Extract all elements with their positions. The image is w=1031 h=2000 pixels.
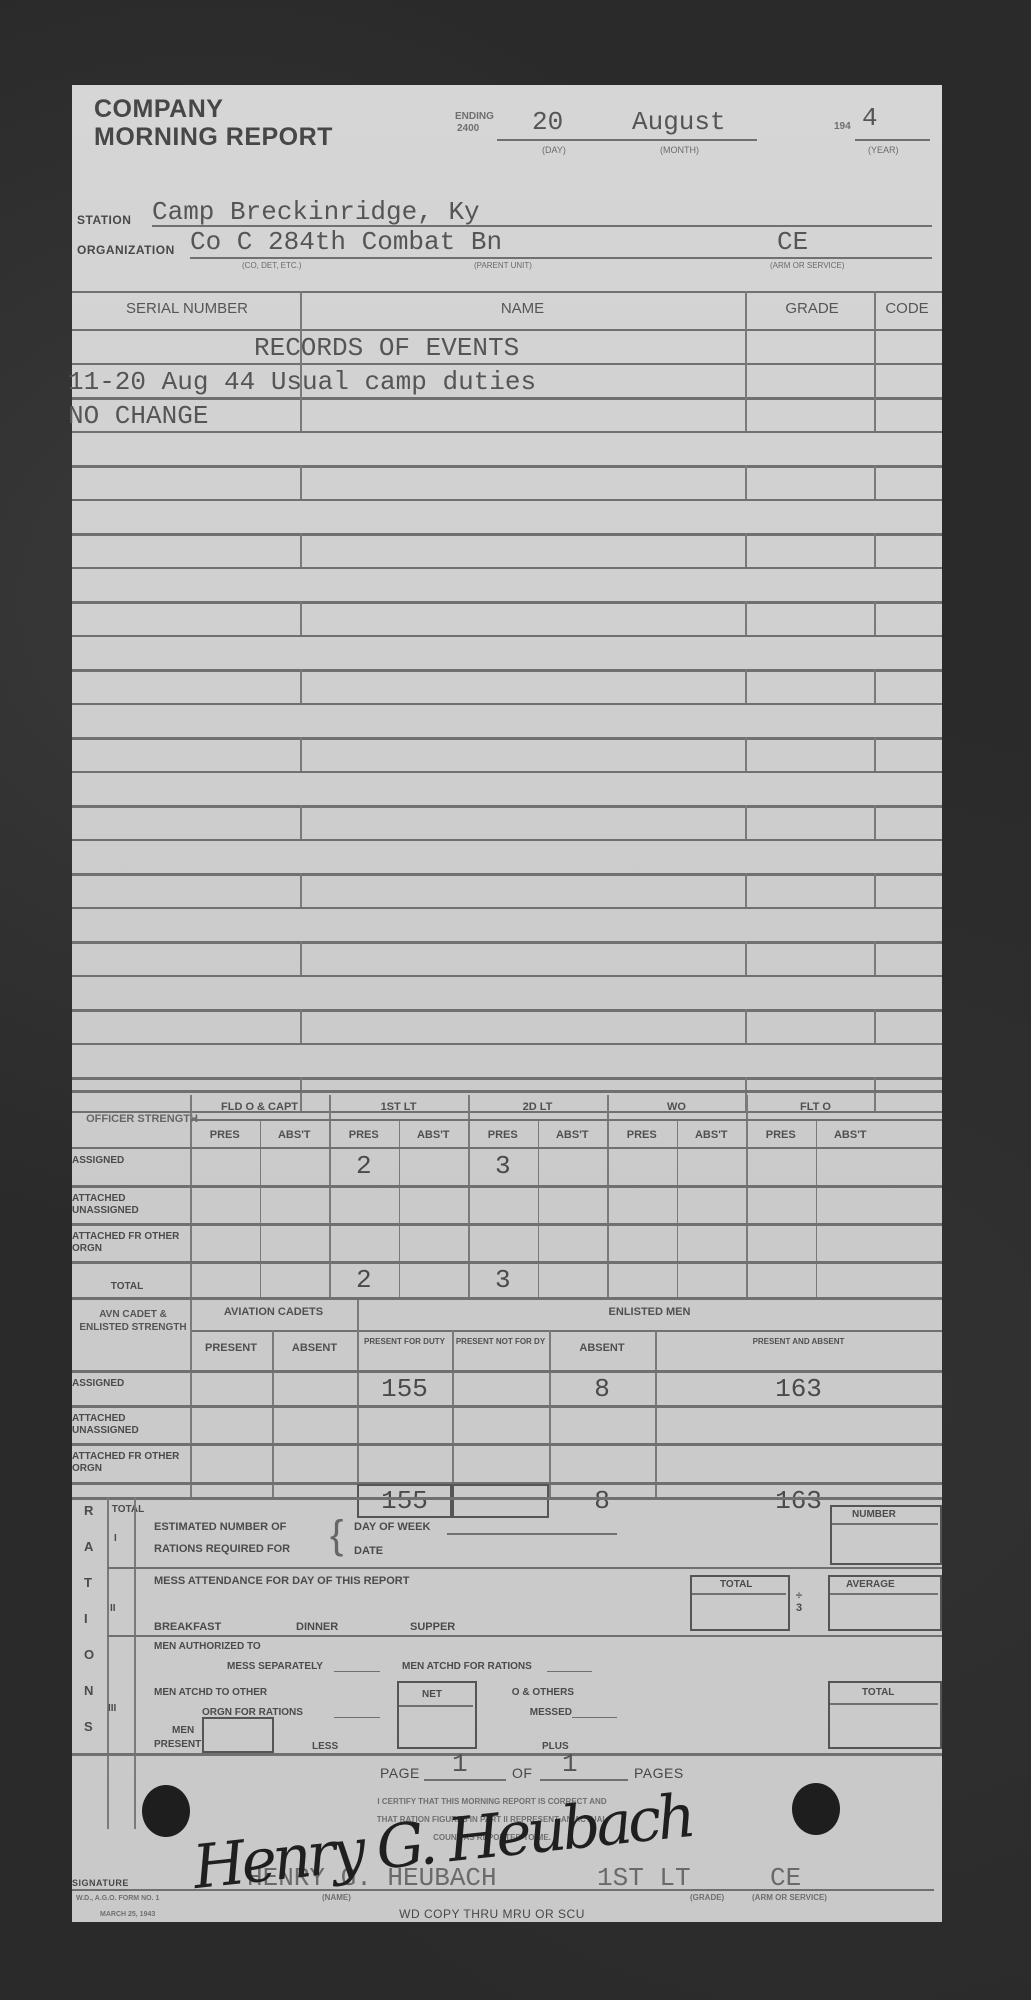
officer-sub-divider [399,1119,401,1297]
roster-column-divider [300,363,302,397]
station-value: Camp Breckinridge, Ky [152,197,480,227]
officer-row-rule [72,1185,942,1188]
officer-row-rule [72,1147,942,1149]
enlisted-count: 8 [549,1486,655,1516]
officer-sub-divider [677,1119,679,1297]
enlisted-header-rule [190,1330,942,1332]
arm-caption: (ARM OR SERVICE) [752,1893,827,1902]
date-underline [497,139,757,141]
enlisted-row-rule [72,1443,942,1446]
officer-bottom-rule [72,1297,942,1300]
officer-subheader: ABS'T [538,1129,608,1142]
form-date: MARCH 25, 1943 [100,1911,155,1918]
roster-column-divider [745,669,747,703]
officer-strength-label: OFFICER STRENGTH [82,1113,202,1126]
organization-value: Co C 284th Combat Bn [190,227,502,257]
enlisted-subheader: PRESENT FOR DUTY [357,1336,452,1347]
number-box-label: NUMBER [852,1509,896,1521]
roster-column-divider [300,873,302,907]
roster-row-rule [72,1009,942,1012]
roster-row-rule [72,533,942,536]
men-present-line1: MEN [172,1725,194,1737]
total-box-2-divider [830,1703,938,1705]
officer-subheader: ABS'T [816,1129,886,1142]
day-of-week-label: DAY OF WEEK [354,1521,430,1533]
roster-column-divider [745,737,747,771]
officer-row-rule [72,1223,942,1226]
rations-letter: A [84,1541,93,1553]
officer-header-rule [190,1119,942,1121]
men-atchd-for-rations-label: MEN ATCHD FOR RATIONS [402,1661,532,1673]
roster-column-divider [874,397,876,431]
rations-letter: T [84,1577,92,1589]
station-label: STATION [77,213,131,227]
officer-group-divider [746,1095,748,1297]
name-caption: (NAME) [322,1893,351,1902]
page-number-line [424,1779,506,1781]
officer-count: 3 [468,1265,538,1295]
enlisted-row-label: ATTACHED FR OTHER ORGN [72,1451,184,1475]
men-present-box[interactable] [202,1717,274,1753]
rations-bottom-rule [72,1753,942,1756]
roster-header-divider [300,291,302,329]
atchd-other-line [334,1717,380,1718]
section-i-numeral: I [114,1533,117,1545]
men-atchd-other-line1: MEN ATCHD TO OTHER [154,1687,267,1699]
year-prefix: 194 [834,121,851,132]
arm-of-service-value: CE [777,227,808,257]
rations-roman-divider [134,1497,136,1829]
morning-report-form: COMPANY MORNING REPORT ENDING 2400 20 Au… [72,85,942,1922]
officer-subheader: PRES [190,1129,260,1142]
supper-label: SUPPER [410,1621,455,1633]
ending-time: 2400 [457,123,479,134]
roster-column-divider [745,941,747,975]
roster-row-rule [72,601,942,604]
no-change-entry: NO CHANGE [68,401,208,431]
officer-group-header: FLT O [746,1101,885,1114]
roster-column-divider [874,737,876,771]
enlisted-sub-divider [655,1330,657,1497]
officer-sub-divider [260,1119,262,1297]
page-number: 1 [452,1749,468,1779]
number-box-divider [832,1523,938,1525]
roster-column-divider [300,329,302,363]
enlisted-subheader: PRESENT AND ABSENT [655,1336,942,1347]
o-others-line [572,1717,617,1718]
copy-note: WD COPY THRU MRU OR SCU [292,1907,692,1921]
rations-letter-divider [107,1497,109,1829]
header-name: NAME [300,300,745,317]
roster-column-divider [745,873,747,907]
total-present-not-for-duty-box [452,1484,549,1518]
roster-header-divider [874,291,876,329]
roster-row-rule [72,1043,942,1045]
roster-column-divider [745,533,747,567]
header-serial-number: SERIAL NUMBER [92,300,282,317]
officer-subheader: PRES [607,1129,677,1142]
signature-line [72,1889,934,1891]
rations-rule-2 [107,1635,942,1637]
roster-row-rule [72,499,942,501]
rations-letter: S [84,1721,93,1733]
roster-column-divider [874,329,876,363]
officer-subheader: ABS'T [260,1129,330,1142]
officer-subheader: ABS'T [677,1129,747,1142]
enlisted-men-header: ENLISTED MEN [357,1306,942,1319]
total-present-for-duty-box [357,1484,452,1518]
officer-subheader: ABS'T [399,1129,469,1142]
organization-underline [190,257,932,259]
page-label: PAGE [380,1765,420,1781]
roster-row-rule [72,465,942,468]
o-others-line2: MESSED [512,1707,572,1719]
rations-letter: I [84,1613,88,1625]
roster-column-divider [874,873,876,907]
roster-column-divider [300,601,302,635]
report-month: August [632,107,726,137]
day-caption: (DAY) [542,145,566,155]
enlisted-group-divider [190,1300,192,1497]
org-caption-arm: (ARM OR SERVICE) [770,261,845,270]
total-box-2-label: TOTAL [862,1687,894,1699]
men-authorized-line2: MESS SEPARATELY [227,1661,323,1673]
day-of-week-line [447,1533,617,1535]
roster-column-divider [874,1009,876,1043]
roster-column-divider [745,465,747,499]
enlisted-count: 8 [549,1374,655,1404]
total-pages: 1 [562,1749,578,1779]
section-iii-numeral: III [108,1703,116,1715]
enlisted-sub-divider [452,1330,454,1497]
officer-subheader: PRES [746,1129,816,1142]
roster-column-divider [300,805,302,839]
roster-column-divider [745,805,747,839]
roster-column-divider [874,941,876,975]
roster-column-divider [745,601,747,635]
o-others-line1: O & OTHERS [504,1687,574,1699]
divide-by-three: ÷ 3 [796,1590,810,1614]
officer-row-rule [72,1261,942,1264]
roster-row-rule [72,771,942,773]
enlisted-count: 163 [655,1374,942,1404]
grade-caption: (GRADE) [690,1893,724,1902]
officer-sub-divider [816,1119,818,1297]
roster-column-divider [745,363,747,397]
roster-row-rule [72,635,942,637]
less-label: LESS [312,1741,338,1753]
net-box-divider [399,1705,473,1707]
total-pages-line [540,1779,628,1781]
roster-column-divider [300,397,302,431]
roster-row-rule [72,397,942,400]
officer-row-label: ATTACHED FR OTHER ORGN [72,1231,184,1255]
men-atchd-rations-line [547,1671,592,1672]
org-caption-unit: (CO, DET, ETC.) [242,261,302,270]
total-box-divider [692,1593,786,1595]
roster-row-rule [72,805,942,808]
roster-row-rule [72,431,942,433]
org-caption-parent: (PARENT UNIT) [474,261,532,270]
signature-label: SIGNATURE [72,1878,129,1888]
ending-label: ENDING [455,111,494,122]
roster-row-rule [72,363,942,365]
officer-group-header: 1ST LT [329,1101,468,1114]
enlisted-row-label: ASSIGNED [72,1378,184,1390]
roster-column-divider [874,533,876,567]
roster-row-rule [72,669,942,672]
enlisted-sub-divider [272,1330,274,1497]
roster-row-rule [72,975,942,977]
roster-column-divider [874,465,876,499]
estimated-rations-line1: ESTIMATED NUMBER OF [154,1521,286,1533]
mess-separately-line [334,1671,380,1672]
officer-group-divider [607,1095,609,1297]
roster-top-rule [72,291,942,293]
roster-row-rule [72,1077,942,1080]
roster-column-divider [300,669,302,703]
rations-rule-1 [107,1567,942,1569]
punch-hole-right [792,1783,840,1835]
officer-row-label: TOTAL [72,1281,182,1293]
enlisted-sub-divider [549,1330,551,1497]
enlisted-row-label: ATTACHED UNASSIGNED [72,1413,184,1437]
officer-row-label: ATTACHED UNASSIGNED [72,1193,184,1217]
records-of-events-heading: RECORDS OF EVENTS [254,333,519,363]
roster-row-rule [72,873,942,876]
year-underline [855,139,930,141]
enlisted-subheader: PRESENT NOT FOR DY [452,1336,549,1347]
enlisted-strength-label: AVN CADET & ENLISTED STRENGTH [78,1308,188,1334]
officer-group-header: WO [607,1101,746,1114]
officer-group-header: FLD O & CAPT [190,1101,329,1114]
roster-row-rule [72,941,942,944]
roster-column-divider [300,941,302,975]
roster-row-rule [72,703,942,705]
enlisted-subheader: PRESENT [190,1342,272,1355]
enlisted-row-rule [72,1370,942,1373]
enlisted-row-rule [72,1405,942,1408]
officer-count: 2 [329,1151,399,1181]
enlisted-subheader: ABSENT [549,1342,655,1355]
roster-column-divider [745,329,747,363]
report-day: 20 [532,107,563,137]
date-label: DATE [354,1545,383,1557]
officer-top-rule [72,1090,942,1093]
officer-sub-divider [538,1119,540,1297]
men-present-line2: PRESENT [154,1739,201,1751]
enlisted-count: 155 [357,1374,452,1404]
of-label: OF [512,1765,532,1781]
header-grade: GRADE [752,300,872,317]
roster-header-rule [72,329,942,331]
roster-column-divider [874,363,876,397]
mess-attendance-label: MESS ATTENDANCE FOR DAY OF THIS REPORT [154,1575,409,1587]
year-caption: (YEAR) [868,145,899,155]
organization-label: ORGANIZATION [77,243,175,257]
average-box-divider [830,1593,938,1595]
report-year-digit: 4 [862,103,878,133]
roster-column-divider [874,669,876,703]
punch-hole-left [142,1785,190,1837]
brace-icon: { [330,1513,343,1558]
breakfast-label: BREAKFAST [154,1621,221,1633]
roster-row-rule [72,737,942,740]
officer-subheader: PRES [468,1129,538,1142]
header-code: CODE [874,300,940,317]
roster-row-rule [72,839,942,841]
net-box-label: NET [422,1689,442,1701]
roster-column-divider [300,533,302,567]
form-number: W.D., A.G.O. FORM NO. 1 [76,1895,159,1902]
form-title-morning-report: MORNING REPORT [94,123,333,152]
roster-header-divider [745,291,747,329]
officer-group-header: 2D LT [468,1101,607,1114]
rations-letter: N [84,1685,93,1697]
roster-column-divider [745,397,747,431]
rations-letter: O [84,1649,94,1661]
month-caption: (MONTH) [660,145,699,155]
roster-column-divider [300,465,302,499]
estimated-rations-line2: RATIONS REQUIRED FOR [154,1543,290,1555]
average-box-label: AVERAGE [846,1579,895,1591]
officer-group-divider [190,1095,192,1297]
officer-count: 3 [468,1151,538,1181]
roster-row-rule [72,567,942,569]
roster-column-divider [874,601,876,635]
aviation-cadets-header: AVIATION CADETS [190,1306,357,1319]
rations-letter: R [84,1505,93,1517]
roster-column-divider [300,737,302,771]
event-entry: 11-20 Aug 44 Usual camp duties [68,367,536,397]
roster-column-divider [874,805,876,839]
roster-row-rule [72,907,942,909]
enlisted-subheader: ABSENT [272,1342,357,1355]
roster-column-divider [745,1009,747,1043]
pages-label: PAGES [634,1765,684,1781]
men-authorized-line1: MEN AUTHORIZED TO [154,1641,261,1653]
officer-row-label: ASSIGNED [72,1155,184,1167]
total-box-label: TOTAL [720,1579,752,1591]
dinner-label: DINNER [296,1621,338,1633]
officer-subheader: PRES [329,1129,399,1142]
officer-count: 2 [329,1265,399,1295]
rations-top-rule [72,1497,942,1500]
form-title-company: COMPANY [94,95,223,124]
roster-column-divider [300,1009,302,1043]
section-ii-numeral: II [110,1603,116,1615]
